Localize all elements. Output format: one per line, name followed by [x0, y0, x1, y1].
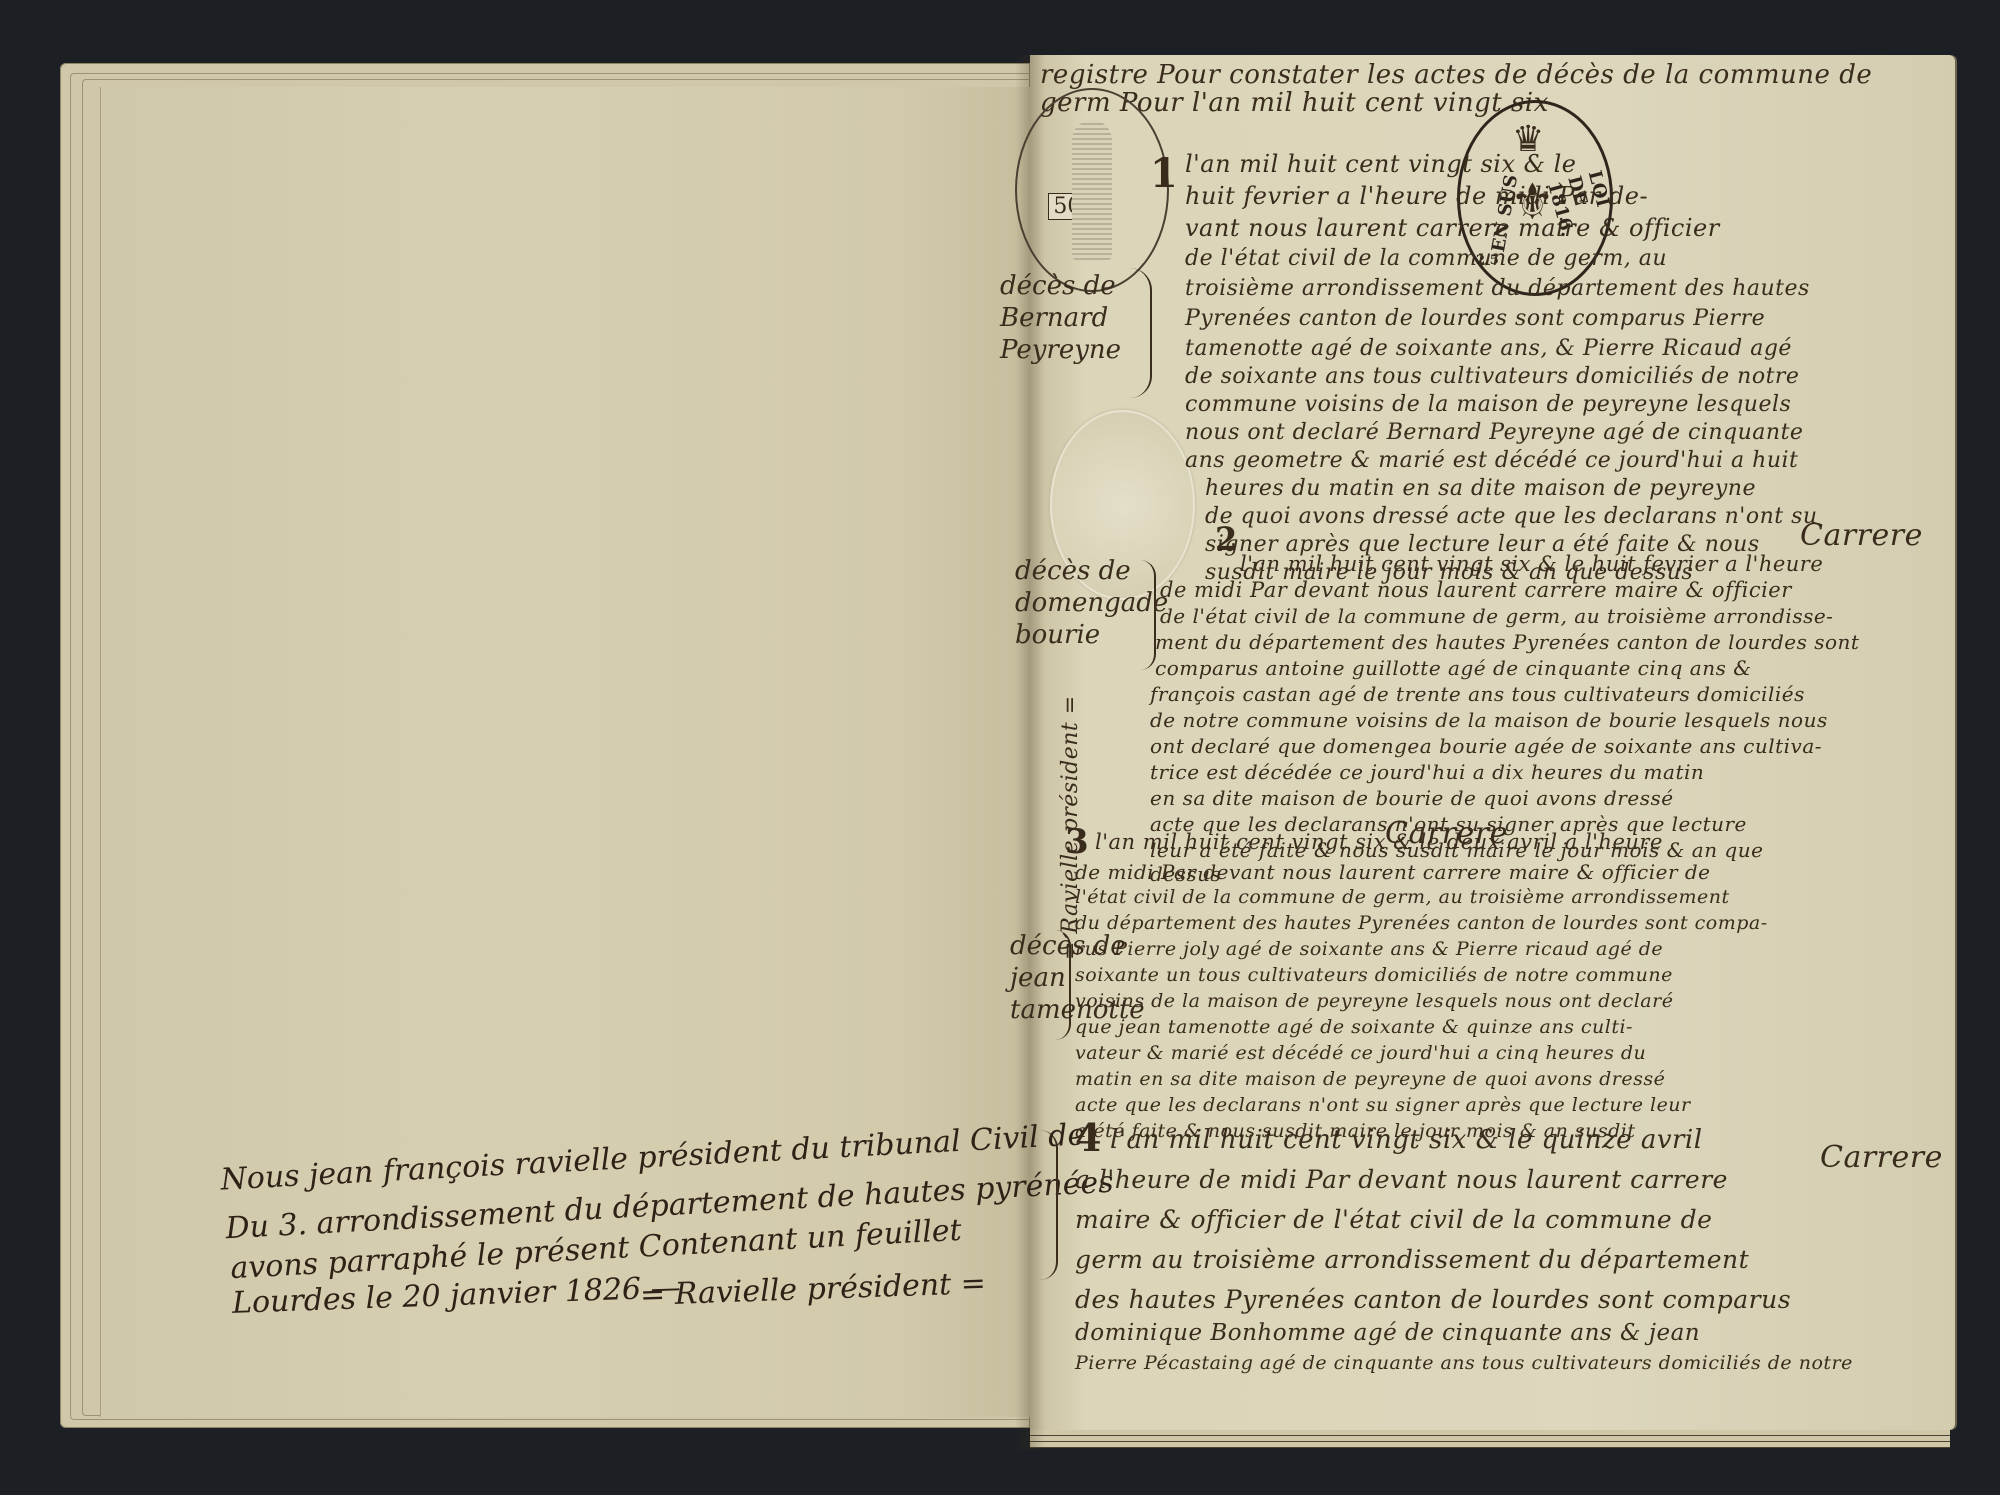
entry-line: ans geometre & marié est décédé ce jourd…	[1185, 448, 1798, 473]
entry-number: 4	[1075, 1115, 1102, 1160]
entry-line: l'an mil huit cent vingt six & le deux a…	[1095, 830, 1663, 854]
entry-line: a l'heure de midi Par devant nous lauren…	[1075, 1165, 1728, 1194]
entry-line: du département des hautes Pyrenées canto…	[1075, 912, 1768, 934]
entry-line: huit fevrier a l'heure de midi Par de-	[1185, 182, 1648, 210]
margin-bracket	[1055, 930, 1071, 1040]
entry-line: commune voisins de la maison de peyreyne…	[1185, 392, 1791, 417]
entry-line: dominique Bonhomme agé de cinquante ans …	[1075, 1320, 1700, 1346]
entry-line: l'an mil huit cent vingt six & le huit f…	[1240, 552, 1823, 576]
entry-line: que jean tamenotte agé de soixante & qui…	[1075, 1016, 1633, 1038]
entry-line: Pyrenées canton de lourdes sont comparus…	[1185, 306, 1765, 331]
entry-line: de l'état civil de la commune de germ, a…	[1185, 246, 1667, 271]
entry-line: trice est décédée ce jourd'hui a dix heu…	[1150, 760, 1704, 784]
entry-line: de soixante ans tous cultivateurs domici…	[1185, 364, 1799, 389]
entry-line: de midi Par devant nous laurent carrere …	[1160, 578, 1792, 602]
margin-line: Peyreyne	[1000, 334, 1121, 366]
entry-line: de midi Par devant nous laurent carrere …	[1075, 860, 1711, 884]
entry-line: vateur & marié est décédé ce jourd'hui a…	[1075, 1042, 1646, 1064]
entry-line: ont declaré que domengea bourie agée de …	[1150, 734, 1822, 758]
justice-tax-stamp: 50.c	[1015, 88, 1169, 292]
right-page-edges	[1030, 1430, 1950, 1450]
entry-line: l'état civil de la commune de germ, au t…	[1075, 886, 1730, 908]
entry-line: heures du matin en sa dite maison de pey…	[1205, 476, 1756, 501]
entry-line: rus Pierre joly agé de soixante ans & Pi…	[1075, 938, 1663, 960]
entry-line: l'an mil huit cent vingt six & le	[1185, 150, 1577, 178]
margin-line: Bernard	[1000, 302, 1121, 334]
entry-line: matin en sa dite maison de peyreyne de q…	[1075, 1068, 1665, 1090]
entry-line: nous ont declaré Bernard Peyreyne agé de…	[1185, 420, 1803, 445]
mayor-signature: Carrere	[1800, 518, 1923, 553]
entry-line: françois castan agé de trente ans tous c…	[1150, 682, 1805, 706]
entry-line: tamenotte agé de soixante ans, & Pierre …	[1185, 336, 1792, 361]
entry-line: germ au troisième arrondissement du dépa…	[1075, 1245, 1749, 1274]
entry-line: comparus antoine guillotte agé de cinqua…	[1155, 656, 1752, 680]
margin-bracket	[1130, 268, 1152, 398]
entry-margin-note: décès de Bernard Peyreyne	[1000, 270, 1121, 366]
margin-line: décès de	[1000, 270, 1121, 302]
margin-bracket	[1140, 560, 1156, 670]
entry-line: de notre commune voisins de la maison de…	[1150, 708, 1828, 732]
entry-line: l'an mil huit cent vingt six & le quinze…	[1110, 1125, 1703, 1155]
mayor-signature: Carrere	[1820, 1140, 1943, 1175]
register-header-line: registre Pour constater les actes de déc…	[1040, 60, 1872, 90]
entry-number: 3	[1065, 822, 1089, 862]
entry-number: 2	[1215, 520, 1238, 558]
entry-line: vant nous laurent carrere maire & offici…	[1185, 214, 1720, 242]
entry-line: maire & officier de l'état civil de la c…	[1075, 1205, 1712, 1234]
entry-line: de l'état civil de la commune de germ, a…	[1160, 604, 1833, 628]
entry-line: en sa dite maison de bourie de quoi avon…	[1150, 786, 1674, 810]
entry-line: ment du département des hautes Pyrenées …	[1155, 630, 1859, 654]
entry-number: 1	[1150, 150, 1178, 197]
margin-bracket	[1040, 1130, 1058, 1280]
justice-figure-icon	[1072, 120, 1112, 260]
entry-line: acte que les declarans n'ont su signer a…	[1075, 1094, 1691, 1116]
entry-line: Pierre Pécastaing agé de cinquante ans t…	[1075, 1352, 1853, 1374]
entry-line: troisième arrondissement du département …	[1185, 276, 1810, 301]
entry-line: de quoi avons dressé acte que les declar…	[1205, 504, 1818, 529]
entry-line: voisins de la maison de peyreyne lesquel…	[1075, 990, 1673, 1012]
entry-line: soixante un tous cultivateurs domiciliés…	[1075, 964, 1673, 986]
entry-line: des hautes Pyrenées canton de lourdes so…	[1075, 1285, 1791, 1314]
